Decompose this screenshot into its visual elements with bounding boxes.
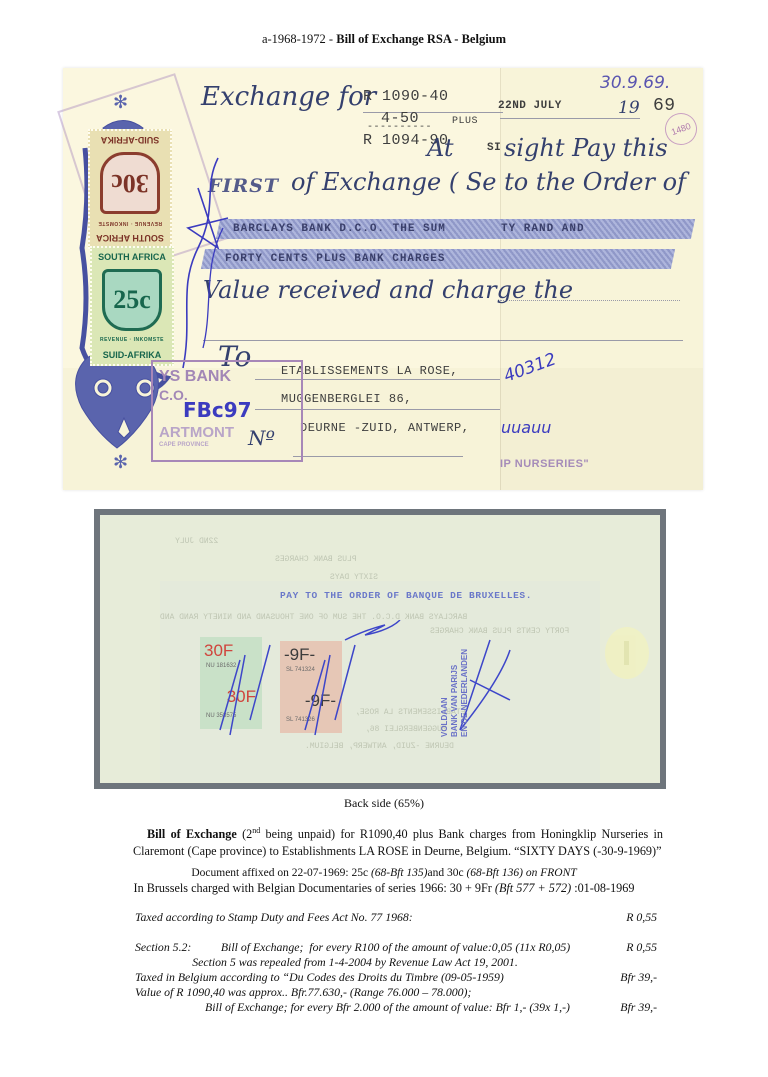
- vertical-stamp-line: VOLDAAN: [440, 649, 450, 737]
- addressee-line-3: DEURNE -ZUID, ANTWERP,: [300, 421, 469, 435]
- revenue-stamp-30c: SOUTH AFRICA REVENUE · INKOMSTE 30c SUID…: [88, 129, 172, 249]
- of-exchange-label: of Exchange ( Se to the Order of: [291, 168, 686, 196]
- bill-front-image: ✻ ✻ SOUTH AFRICA REVENUE · INKOMSTE 30c …: [63, 68, 703, 490]
- bill-back-image: 22ND JULY PLUS BANK CHARGES SIXTY DAYS P…: [94, 509, 666, 789]
- affixed-line: Document affixed on 22-07-1969: 25c (68-…: [0, 866, 768, 881]
- text: (68-Bft 136) on FRONT: [466, 867, 576, 879]
- description-bold-lead: Bill of Exchange: [147, 827, 237, 841]
- stamp-country-alt: SUID-AFRIKA: [103, 350, 162, 360]
- bank-stamp: YS BANK C.O. FBc97 ARTMONT CAPE PROVINCE: [151, 360, 303, 462]
- text: (68-Bft 135): [371, 867, 428, 879]
- tax-line: Value of R 1090,40 was approx.. Bfr.77.6…: [135, 985, 657, 1000]
- date-typed: 22ND JULY: [498, 100, 562, 112]
- band-text-2: FORTY CENTS PLUS BANK CHARGES: [225, 253, 445, 265]
- svg-text:✻: ✻: [113, 452, 128, 472]
- tax-line: Bill of Exchange; for every Bfr 2.000 of…: [205, 1000, 657, 1015]
- plus-label: PLUS: [452, 116, 478, 127]
- tax-line-amount: Bfr 39,-: [620, 970, 657, 985]
- tax-line: Section 5 was repealed from 1-4-2004 by …: [135, 955, 575, 970]
- pay-to-endorsement: PAY TO THE ORDER OF BANQUE DE BRUXELLES.: [280, 590, 532, 601]
- description: Bill of Exchange (2nd being unpaid) for …: [133, 822, 663, 860]
- vertical-stamp-line: BANK VAN PARIJS: [450, 649, 460, 737]
- description-paragraph: Bill of Exchange (2nd being unpaid) for …: [133, 822, 663, 860]
- stamp-ribbon: REVENUE · INKOMSTE: [98, 220, 162, 226]
- tax-line: Section 5.2: Bill of Exchange; for every…: [135, 940, 657, 955]
- tax-line-text: Section 5 was repealed from 1-4-2004 by …: [192, 955, 518, 969]
- bank-stamp-line1: YS BANK: [159, 368, 231, 386]
- vertical-stamp-line: EN DE NEDERLANDEN: [460, 649, 470, 737]
- tax-line-amount: R 0,55: [626, 910, 657, 925]
- stamp-ribbon: REVENUE · INKOMSTE: [100, 337, 164, 343]
- sight-pay-label: sight Pay this: [504, 134, 668, 162]
- revenue-stamp-25c: SOUTH AFRICA 25c REVENUE · INKOMSTE SUID…: [90, 246, 174, 366]
- tax-line: Taxed according to Stamp Duty and Fees A…: [135, 910, 657, 925]
- page-title: a-1968-1972 - Bill of Exchange RSA - Bel…: [0, 32, 768, 47]
- stamp-value: 25c: [102, 269, 162, 331]
- band-text-1b: TY RAND AND: [501, 223, 585, 235]
- text: Document affixed on 22-07-1969: 25c: [191, 867, 371, 879]
- ghost-text: 22ND JULY: [175, 537, 218, 546]
- back-side-caption: Back side (65%): [0, 796, 768, 811]
- handwritten-tail: uuauu: [501, 418, 551, 437]
- sight-typed: SI: [487, 142, 501, 154]
- brussels-line: In Brussels charged with Belgian Documen…: [0, 881, 768, 896]
- bank-endorsement-stamp: VOLDAAN BANK VAN PARIJS EN DE NEDERLANDE…: [440, 559, 470, 647]
- rule: [500, 118, 640, 119]
- page-title-prefix: a-1968-1972 -: [262, 32, 336, 46]
- bank-stamp-handwritten: FBc97: [183, 398, 252, 422]
- tax-line-text: Taxed in Belgium according to “Du Codes …: [135, 970, 504, 984]
- stamp-country: SOUTH AFRICA: [96, 233, 164, 243]
- rule: [203, 340, 683, 341]
- tax-line-text: Section 5.2: Bill of Exchange; for every…: [135, 940, 570, 954]
- svg-text:✻: ✻: [113, 92, 128, 112]
- text: In Brussels charged with Belgian Documen…: [134, 881, 495, 895]
- cancellation-signatures-icon: [190, 620, 550, 750]
- nurseries-stamp: IP NURSERIES": [500, 458, 589, 470]
- bill-back-paper: 22ND JULY PLUS BANK CHARGES SIXTY DAYS P…: [100, 515, 660, 783]
- addressee-line-1: ETABLISSEMENTS LA ROSE,: [281, 364, 458, 378]
- year-prefix: 19: [618, 98, 640, 118]
- at-label: At: [427, 134, 454, 162]
- band-text-1: BARCLAYS BANK D.C.O. THE SUM: [233, 223, 446, 235]
- text: and 30c: [427, 867, 466, 879]
- tax-line-amount: R 0,55: [626, 940, 657, 955]
- stamp-value: 30c: [100, 152, 160, 214]
- yellow-circle-mark: [605, 627, 649, 679]
- text: :01-08-1969: [571, 881, 634, 895]
- text: (Bft 577 + 572): [495, 881, 571, 895]
- stamp-country-alt: SUID-AFRIKA: [101, 135, 160, 145]
- exchange-for-label: Exchange for: [201, 82, 376, 112]
- tax-line: Taxed in Belgium according to “Du Codes …: [135, 970, 657, 985]
- year-suffix: 69: [653, 96, 676, 116]
- tax-line-text: Bill of Exchange; for every Bfr 2.000 of…: [205, 1000, 570, 1014]
- bank-stamp-line4: CAPE PROVINCE: [159, 442, 209, 448]
- ghost-text: PLUS BANK CHARGES: [275, 555, 357, 564]
- rule: [293, 456, 463, 457]
- rule: [500, 300, 680, 301]
- stamp-country: SOUTH AFRICA: [98, 252, 166, 262]
- page-title-bold: Bill of Exchange RSA - Belgium: [336, 32, 506, 46]
- bank-stamp-line3: ARTMONT: [159, 424, 234, 441]
- tax-line-text: Value of R 1090,40 was approx.. Bfr.77.6…: [135, 985, 471, 999]
- handwritten-date: 30.9.69.: [600, 73, 670, 93]
- amount-line-1: R 1090-40: [363, 88, 449, 105]
- tax-line-text: Taxed according to Stamp Duty and Fees A…: [135, 910, 413, 924]
- tax-line-amount: Bfr 39,-: [620, 1000, 657, 1015]
- affixed-info: Document affixed on 22-07-1969: 25c (68-…: [0, 866, 768, 896]
